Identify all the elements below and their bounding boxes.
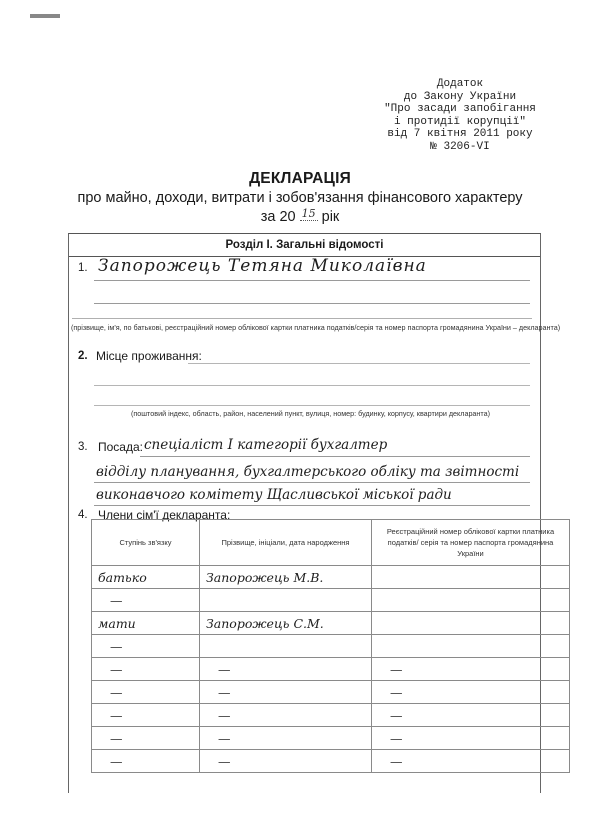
relationship-cell[interactable]: — — [92, 658, 200, 681]
tax-id-cell-value: — — [378, 662, 403, 677]
addendum-line: і протидії корупції" — [360, 116, 560, 129]
tax-id-cell[interactable] — [372, 612, 570, 635]
document-title: ДЕКЛАРАЦІЯ — [0, 170, 600, 188]
item-2-number: 2. — [78, 350, 88, 362]
item-2-caption: (поштовий індекс, область, район, населе… — [131, 409, 490, 418]
declarant-name-field[interactable]: Запорожець Тетяна Миколаївна — [98, 256, 427, 276]
name-cell-value: — — [206, 685, 231, 700]
name-cell-value: — — [206, 754, 231, 769]
family-members-table: Ступінь зв'язку Прізвище, ініціали, дата… — [91, 519, 570, 773]
underline — [72, 318, 532, 319]
name-cell-value: — — [206, 708, 231, 723]
name-cell-value: Запорожець С.М. — [206, 616, 324, 631]
underline — [94, 505, 530, 506]
item-4-number: 4. — [78, 509, 88, 521]
relationship-cell[interactable]: мати — [92, 612, 200, 635]
relationship-cell-value: — — [98, 639, 123, 654]
residence-field-line-2[interactable] — [94, 385, 530, 386]
relationship-cell[interactable]: — — [92, 681, 200, 704]
position-line-3[interactable]: виконавчого комітету Щасливської міської… — [96, 487, 452, 503]
name-cell[interactable]: — — [200, 658, 372, 681]
addendum-line: від 7 квітня 2011 року — [360, 128, 560, 141]
relationship-cell[interactable]: — — [92, 750, 200, 773]
tax-id-cell-value: — — [378, 754, 403, 769]
item-1-caption: (прізвище, ім'я, по батькові, реєстрацій… — [71, 323, 560, 332]
relationship-cell[interactable]: — — [92, 727, 200, 750]
section-header: Розділ І. Загальні відомості — [69, 234, 540, 257]
table-row: ——— — [92, 658, 570, 681]
table-row: матиЗапорожець С.М. — [92, 612, 570, 635]
column-header-name: Прізвище, ініціали, дата народження — [200, 520, 372, 566]
table-row: — — [92, 635, 570, 658]
declaration-year: за 20 15 рік — [0, 207, 600, 225]
item-1-number: 1. — [78, 262, 88, 274]
year-prefix: за 20 — [261, 209, 296, 225]
name-cell[interactable]: — — [200, 727, 372, 750]
name-cell-value: Запорожець М.В. — [206, 570, 323, 585]
tax-id-cell-value: — — [378, 731, 403, 746]
item-3-number: 3. — [78, 441, 88, 453]
tax-id-cell-value: — — [378, 708, 403, 723]
tax-id-cell-value: — — [378, 685, 403, 700]
position-line-2[interactable]: відділу планування, бухгалтерського облі… — [96, 464, 519, 480]
tax-id-cell[interactable]: — — [372, 704, 570, 727]
column-header-relationship: Ступінь зв'язку — [92, 520, 200, 566]
document-subtitle: про майно, доходи, витрати і зобов'язанн… — [0, 190, 600, 206]
addendum-line: до Закону України — [360, 91, 560, 104]
relationship-cell[interactable]: батько — [92, 566, 200, 589]
name-cell[interactable] — [200, 635, 372, 658]
name-cell[interactable]: — — [200, 704, 372, 727]
table-row: ——— — [92, 704, 570, 727]
table-header-row: Ступінь зв'язку Прізвище, ініціали, дата… — [92, 520, 570, 566]
underline — [140, 456, 530, 457]
addendum-line: Додаток — [360, 78, 560, 91]
relationship-cell[interactable]: — — [92, 635, 200, 658]
tax-id-cell[interactable] — [372, 635, 570, 658]
underline — [94, 303, 530, 304]
addendum-line: № 3206-VI — [360, 141, 560, 154]
name-cell[interactable]: Запорожець С.М. — [200, 612, 372, 635]
tax-id-cell[interactable]: — — [372, 727, 570, 750]
table-row: батькоЗапорожець М.В. — [92, 566, 570, 589]
tax-id-cell[interactable]: — — [372, 658, 570, 681]
table-row: ——— — [92, 681, 570, 704]
relationship-cell-value: — — [98, 731, 123, 746]
tax-id-cell[interactable]: — — [372, 750, 570, 773]
name-cell[interactable]: Запорожець М.В. — [200, 566, 372, 589]
relationship-cell-value: — — [98, 662, 123, 677]
relationship-cell-value: — — [98, 708, 123, 723]
underline — [94, 280, 530, 281]
scan-artifact — [30, 14, 60, 18]
column-header-tax-id: Реєстраційний номер облікової картки пла… — [372, 520, 570, 566]
declaration-heading: ДЕКЛАРАЦІЯ про майно, доходи, витрати і … — [0, 170, 600, 225]
relationship-cell[interactable]: — — [92, 704, 200, 727]
year-suffix: рік — [322, 209, 340, 225]
tax-id-cell[interactable]: — — [372, 681, 570, 704]
name-cell[interactable] — [200, 589, 372, 612]
relationship-cell-value: — — [98, 685, 123, 700]
name-cell[interactable]: — — [200, 750, 372, 773]
relationship-cell-value: мати — [98, 616, 136, 631]
name-cell[interactable]: — — [200, 681, 372, 704]
table-row: ——— — [92, 727, 570, 750]
name-cell-value: — — [206, 662, 231, 677]
residence-field[interactable] — [188, 363, 530, 364]
position-line-1[interactable]: спеціаліст І категорії бухгалтер — [144, 437, 387, 453]
residence-field-line-3[interactable] — [94, 405, 530, 406]
addendum-note: Додаток до Закону України "Про засади за… — [360, 78, 560, 153]
tax-id-cell[interactable] — [372, 566, 570, 589]
name-cell-value: — — [206, 731, 231, 746]
position-label: Посада: — [98, 440, 143, 454]
tax-id-cell[interactable] — [372, 589, 570, 612]
year-field[interactable]: 15 — [300, 207, 318, 221]
table-row: ——— — [92, 750, 570, 773]
residence-label: Місце проживання: — [96, 349, 202, 363]
underline — [94, 482, 530, 483]
relationship-cell[interactable]: — — [92, 589, 200, 612]
table-row: — — [92, 589, 570, 612]
relationship-cell-value: батько — [98, 570, 147, 585]
relationship-cell-value: — — [98, 593, 123, 608]
relationship-cell-value: — — [98, 754, 123, 769]
addendum-line: "Про засади запобігання — [360, 103, 560, 116]
